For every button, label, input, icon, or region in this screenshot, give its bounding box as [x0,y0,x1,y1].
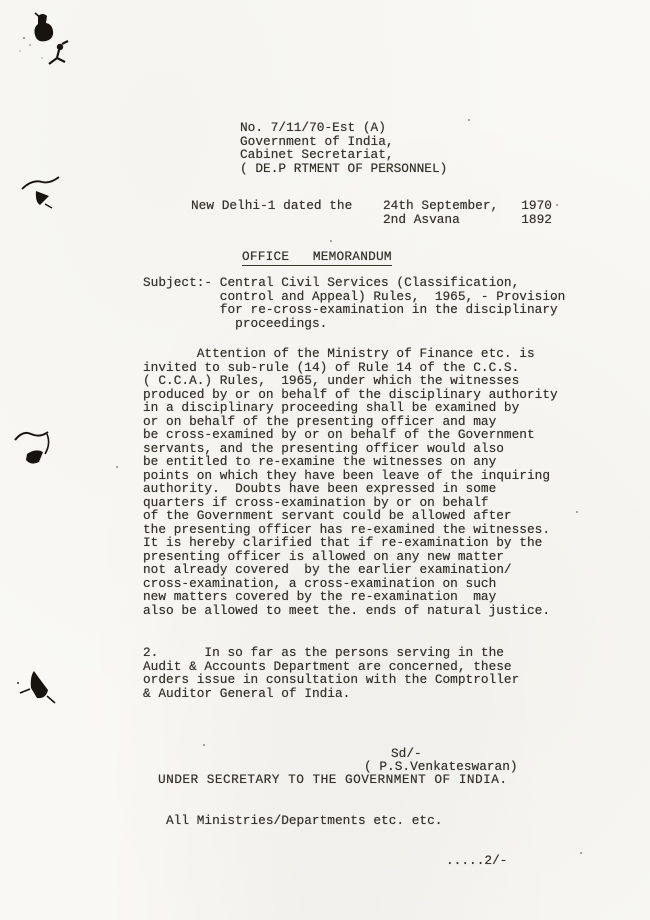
body-paragraph-2: 2. In so far as the persons serving in t… [143,646,519,700]
document-page: No. 7/11/70-Est (A) Government of India,… [0,0,650,920]
letterhead: No. 7/11/70-Est (A) Government of India,… [240,121,447,175]
body-paragraph-1: Attention of the Ministry of Finance etc… [143,347,558,617]
scan-speck [468,119,470,121]
ink-blot-top-mark [12,10,87,75]
scan-speck [556,204,558,206]
signatory-designation: UNDER SECRETARY TO THE GOVERNMENT OF IND… [158,773,508,787]
page-continuation-mark: .....2/- [446,854,507,868]
scan-speck [116,466,118,468]
ink-blob-mark [14,668,59,706]
distribution-line: All Ministries/Departments etc. etc. [166,814,442,828]
memo-title: OFFICE MEMORANDUM [242,250,392,266]
scan-speck [576,511,578,513]
dateline-dates: 24th September, 1970 2nd Asvana 1892 [383,199,552,226]
subject-block: Subject:- Central Civil Services (Classi… [143,276,565,330]
ink-squiggle-mark [12,425,54,470]
scan-speck [203,744,205,746]
scan-speck [330,240,332,242]
scan-speck [580,852,582,854]
dateline-place: New Delhi-1 dated the [191,199,352,213]
ink-checkmark-mark [18,172,63,210]
